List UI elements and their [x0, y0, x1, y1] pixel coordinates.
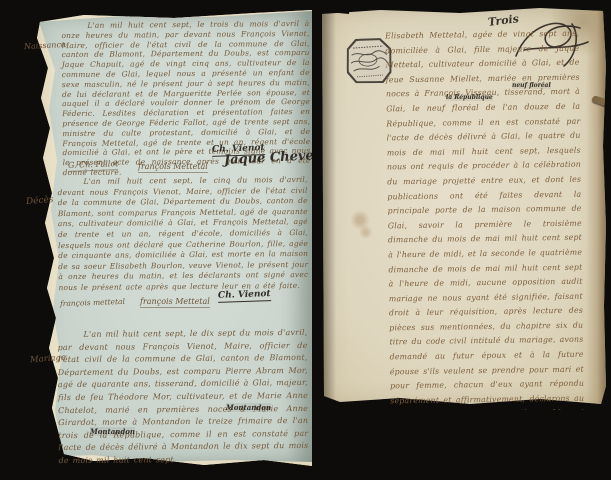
- archival-scan: Naissance L'an mil huit cent sept, le tr…: [0, 0, 611, 480]
- signature-witness-fallot: G. Ch. Fallot: [68, 159, 119, 172]
- marriage-record-continued-paragraph: Elisabeth Mettetal, agée de vingt sept a…: [385, 27, 585, 410]
- signature-declarant-mettetal-2: françois Mettetal: [140, 297, 210, 308]
- signature-declarant-mettetal-1: françois mettetal: [60, 297, 125, 309]
- binding-gap-notch: [326, 0, 352, 14]
- correction-word-republique: la République: [446, 94, 493, 101]
- signature-officer-vienot-2: Ch. Vienot: [218, 289, 271, 303]
- correction-word-montandon-2: Montandon: [90, 427, 135, 436]
- correction-word-floreal: neuf floréal: [512, 82, 551, 89]
- right-page-text-layer: Trois Elisabeth Mettetal, agée de vingt …: [320, 6, 606, 410]
- marriage-record-paragraph: L'an mil huit cent sept, le dix sept du …: [57, 327, 308, 468]
- left-page-text-layer: Naissance L'an mil huit cent sept, le tr…: [24, 8, 312, 472]
- death-record-paragraph: L'an mil huit cent sept, le cinq du mois…: [57, 175, 308, 294]
- correction-word-montandon-1: Montandon: [226, 403, 271, 412]
- signature-witness-mettetal: françois Mettetal: [138, 162, 208, 173]
- margin-note-deces: Décès: [26, 195, 54, 207]
- margin-note-naissance: Naissance: [24, 40, 66, 51]
